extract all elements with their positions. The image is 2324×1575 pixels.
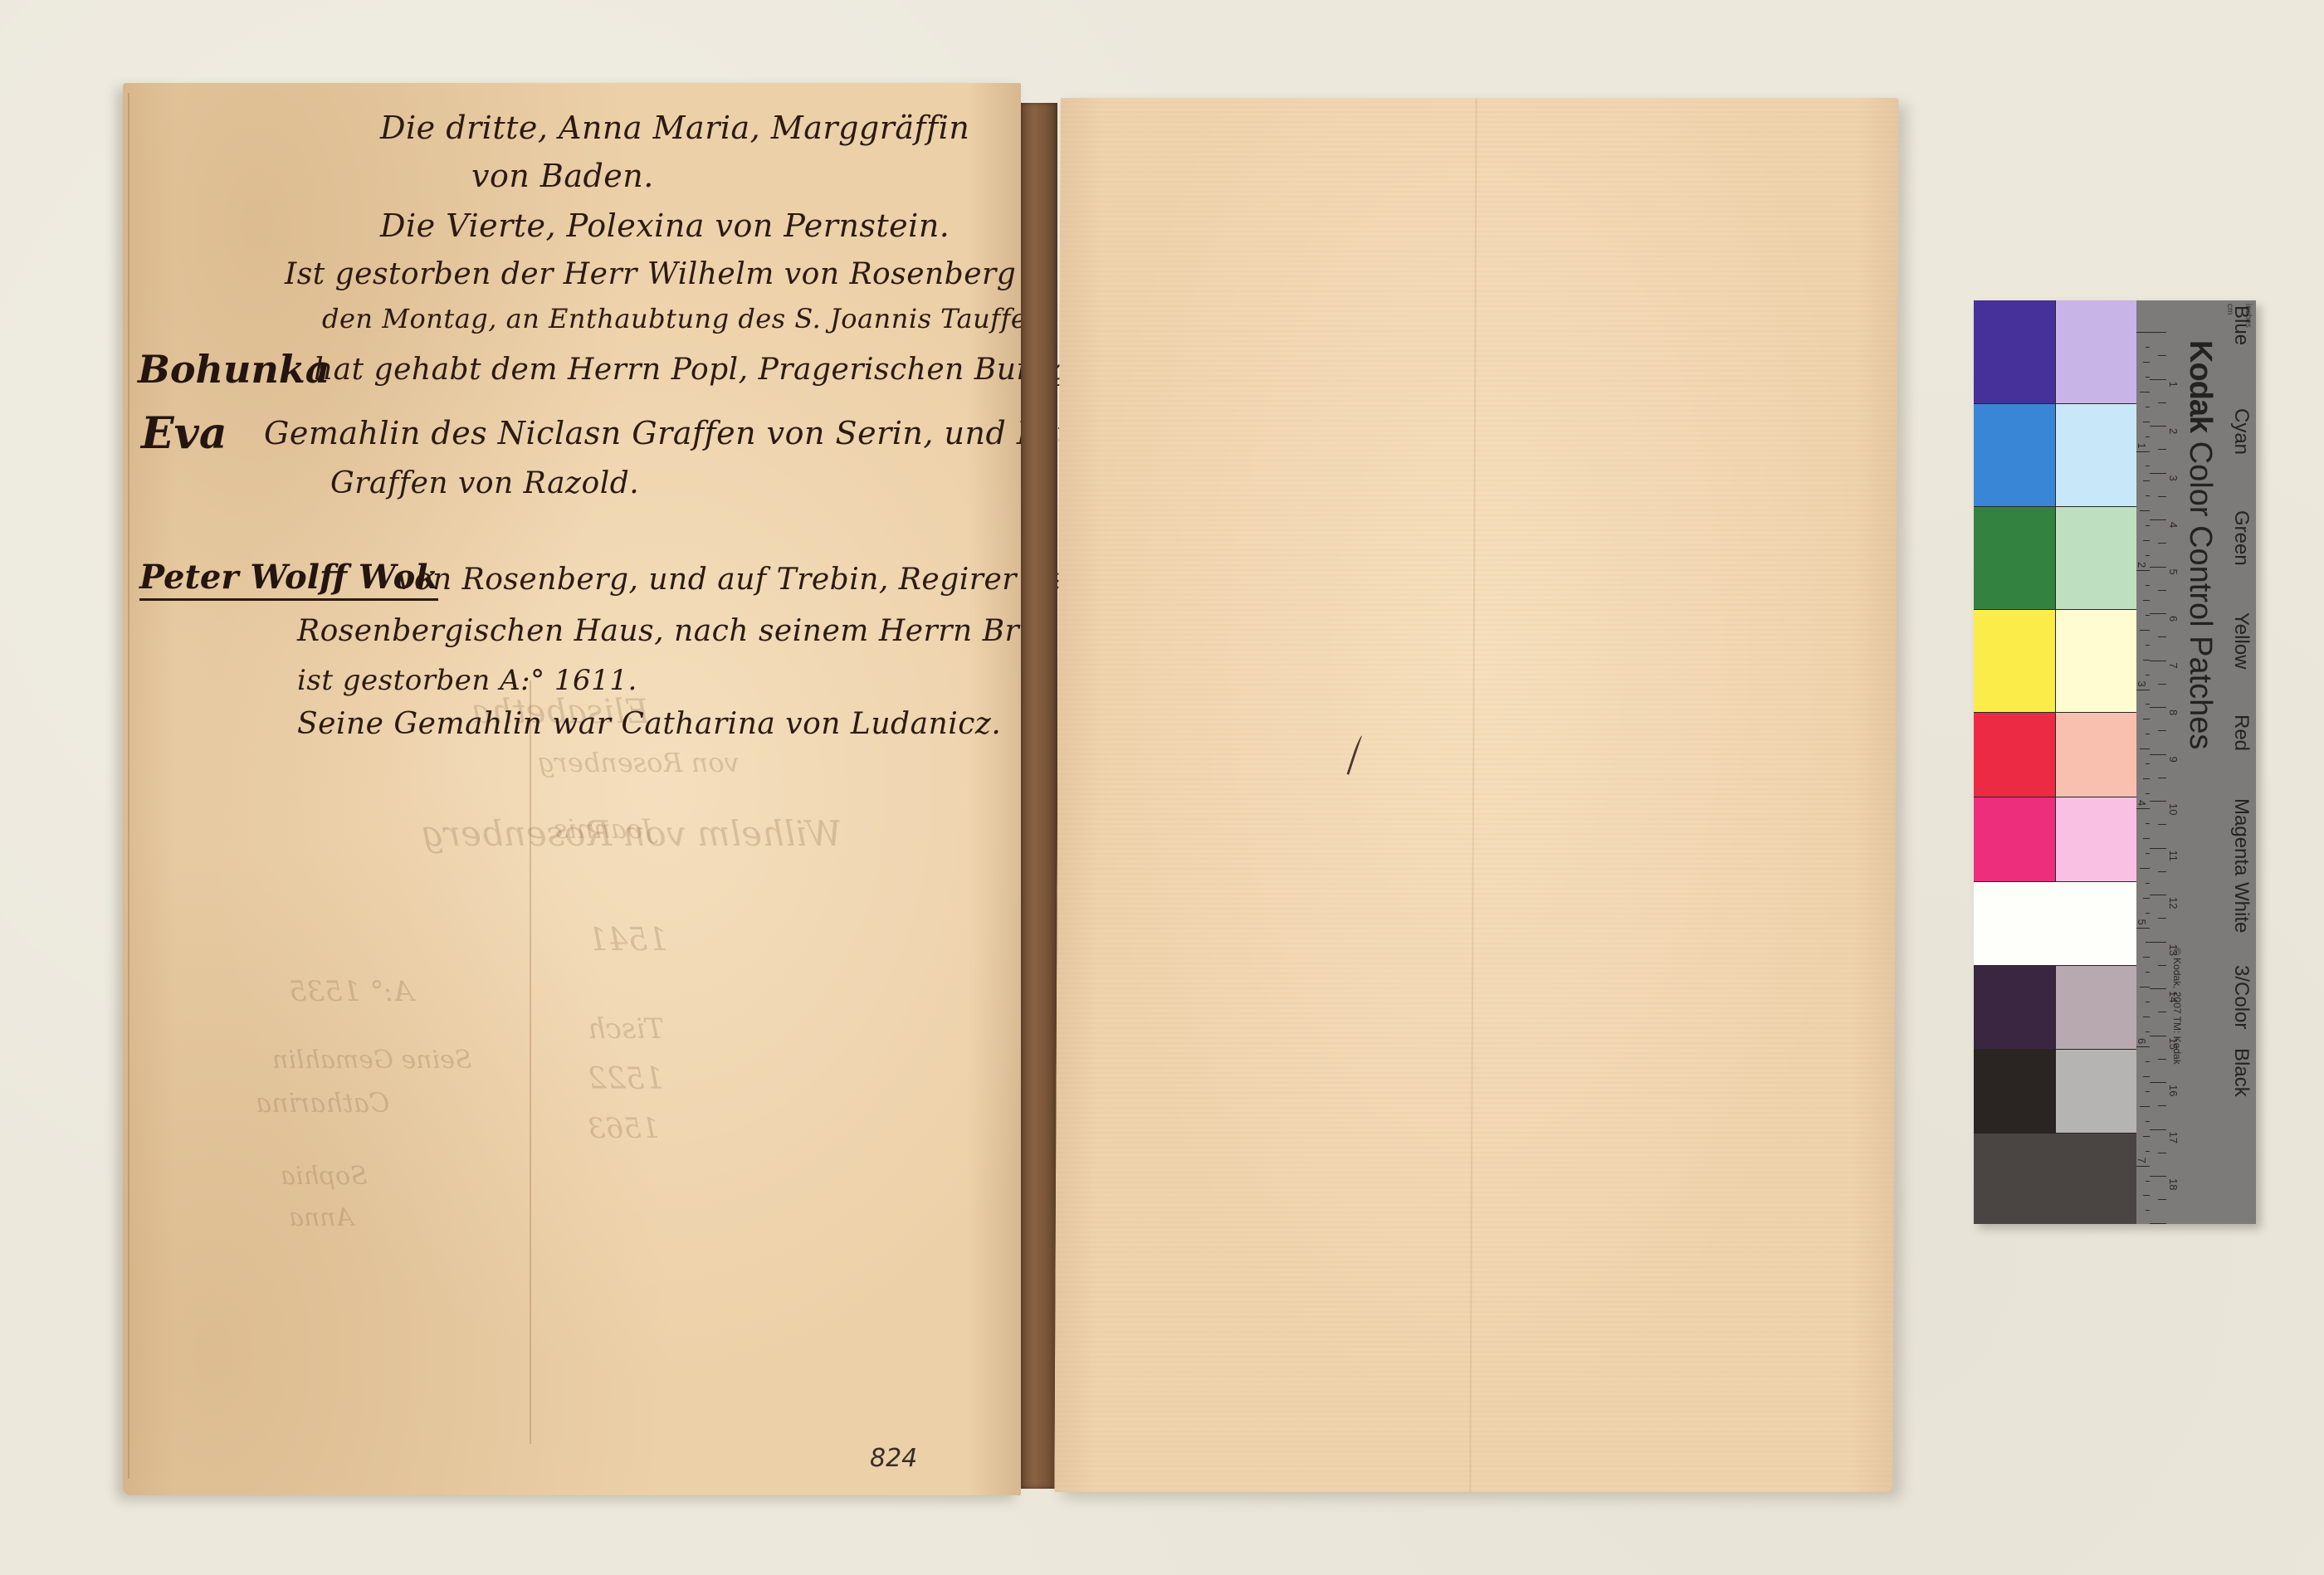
cm-tick — [2150, 1082, 2166, 1083]
cm-tick — [2150, 379, 2166, 380]
inch-tick — [2143, 898, 2150, 899]
inch-tick — [2146, 913, 2150, 914]
patch-label: Yellow — [2229, 612, 2253, 670]
right-page-blank — [1054, 98, 1898, 1492]
bleed-through-text: 1563 — [588, 1112, 660, 1145]
inch-tick — [2143, 600, 2150, 601]
inch-tick — [2136, 1046, 2150, 1047]
bleed-through-text: Catharina — [256, 1087, 389, 1119]
inch-tick — [2143, 540, 2150, 541]
patch-label: Green — [2229, 510, 2253, 566]
cm-tick — [2150, 567, 2166, 568]
inch-tick — [2136, 1166, 2150, 1167]
cm-tick — [2150, 519, 2166, 520]
manuscript-line: von Baden. — [471, 158, 654, 194]
inch-tick — [2136, 928, 2150, 929]
inch-tick — [2140, 748, 2150, 749]
cm-tick — [2150, 1223, 2166, 1224]
color-patch-light — [2056, 1050, 2137, 1133]
patch-label: 3/Color — [2229, 965, 2253, 1029]
inch-tick — [2140, 630, 2150, 631]
inch-tick — [2143, 1076, 2150, 1077]
inch-tick — [2146, 1121, 2150, 1122]
cm-tick — [2150, 1176, 2166, 1177]
inch-tick — [2146, 1031, 2150, 1032]
folio-number: 824 — [870, 1444, 917, 1473]
cm-tick-label: 17 — [2167, 1132, 2180, 1143]
cm-tick — [2158, 871, 2166, 872]
inch-tick — [2146, 645, 2150, 646]
cm-tick — [2150, 988, 2166, 989]
cm-tick — [2150, 707, 2166, 708]
entry-name-bohunka: Bohunka — [138, 347, 330, 392]
patch-row-cyan — [1974, 404, 2136, 507]
cm-tick-label: 12 — [2167, 897, 2180, 909]
cm-tick-label: 7 — [2167, 663, 2180, 669]
cm-tick — [2158, 449, 2166, 450]
inch-tick — [2146, 1151, 2150, 1152]
inch-tick — [2146, 466, 2150, 466]
inch-tick — [2146, 704, 2150, 705]
inch-tick-label: 6 — [2136, 1038, 2148, 1044]
patch-row-yellow — [1974, 610, 2136, 713]
patch-row-magenta — [1974, 797, 2136, 882]
inch-tick — [2146, 972, 2150, 973]
bleed-through-text: von Rosenberg — [538, 747, 740, 778]
color-patch-dark — [1974, 797, 2056, 881]
inch-tick — [2143, 1195, 2150, 1196]
inch-tick — [2143, 1017, 2150, 1017]
brand-subtitle: Color Control Patches — [2183, 441, 2218, 750]
inch-tick — [2146, 495, 2150, 496]
entry-text: Gemahlin des Niclasn Graffen von Serin, … — [264, 415, 1087, 451]
cm-tick-label: 14 — [2167, 991, 2180, 1002]
inch-tick — [2146, 436, 2150, 437]
inch-tick-label: 3 — [2136, 681, 2148, 687]
cm-tick-label: 16 — [2167, 1085, 2180, 1096]
inch-tick — [2136, 570, 2150, 571]
manuscript-line: Die dritte, Anna Maria, Marggräffin — [380, 110, 969, 146]
document-scan: Elisabetha Wilhelm von Rosenberg A:° 153… — [0, 0, 2324, 1575]
inch-tick-label: 2 — [2136, 562, 2148, 568]
inch-tick — [2143, 778, 2150, 779]
inch-tick — [2143, 719, 2150, 719]
kodak-brand-title: Kodak Color Control Patches — [2182, 340, 2218, 749]
patch-label: Blue — [2229, 305, 2253, 345]
cm-tick — [2150, 801, 2166, 802]
inch-tick — [2143, 957, 2150, 958]
inch-tick — [2146, 823, 2150, 824]
color-patch-light — [2056, 713, 2137, 797]
cm-tick — [2150, 613, 2166, 614]
cm-tick — [2150, 942, 2166, 943]
cm-tick — [2150, 848, 2166, 849]
cm-tick — [2150, 426, 2166, 427]
inch-tick — [2140, 1106, 2150, 1107]
inch-tick — [2136, 690, 2150, 690]
cm-tick — [2158, 1105, 2166, 1106]
inch-tick — [2146, 942, 2150, 943]
entry-text-continuation: Rosenbergischen Haus, nach seinem Herrn … — [297, 614, 1121, 648]
inch-tick — [2136, 451, 2150, 452]
inch-tick — [2143, 362, 2150, 363]
cm-tick — [2150, 1129, 2166, 1130]
inch-tick-label: 5 — [2136, 919, 2148, 925]
inch-tick — [2140, 510, 2150, 511]
inch-tick — [2146, 1181, 2150, 1182]
inch-tick — [2146, 675, 2150, 675]
cm-tick-label: 2 — [2167, 428, 2180, 434]
patch-row-white — [1974, 882, 2136, 966]
inch-tick — [2146, 883, 2150, 884]
inch-tick — [2143, 422, 2150, 422]
bleed-through-text: Joannis — [554, 813, 653, 845]
inch-tick — [2146, 1002, 2150, 1002]
cm-tick-label: 8 — [2167, 709, 2180, 715]
patch-label: White — [2229, 882, 2253, 933]
patch-label: Magenta — [2229, 798, 2253, 875]
inch-tick — [2146, 407, 2150, 407]
cm-tick — [2158, 824, 2166, 825]
inch-tick — [2146, 1061, 2150, 1062]
entry-text-continuation: Seine Gemahlin war Catharina von Ludanic… — [297, 707, 1001, 741]
inch-tick — [2146, 585, 2150, 586]
cm-tick-label: 3 — [2167, 475, 2180, 481]
cm-tick-label: 9 — [2167, 757, 2180, 763]
cm-tick — [2150, 754, 2166, 755]
book-binding — [1021, 103, 1057, 1489]
cm-tick — [2150, 661, 2166, 661]
bleed-through-text: Anna — [289, 1203, 354, 1232]
cm-tick — [2158, 1153, 2166, 1153]
color-patch-light — [2056, 404, 2137, 506]
color-patch-light — [2056, 610, 2137, 712]
entry-text: von Rosenberg, und auf Trebin, Regirer d… — [397, 563, 1080, 597]
color-patch-dark — [1974, 610, 2056, 712]
bleed-through-text: Wilhelm von Rosenberg — [422, 813, 842, 854]
cm-tick-label: 13 — [2167, 944, 2180, 956]
inch-tick — [2146, 1210, 2150, 1211]
bleed-through-rule — [530, 680, 531, 1444]
cm-tick — [2158, 355, 2166, 356]
color-patch-light — [2056, 797, 2137, 881]
cm-tick-label: 10 — [2167, 803, 2180, 815]
inch-tick — [2140, 987, 2150, 987]
cm-tick — [2150, 1036, 2166, 1036]
inch-tick — [2146, 734, 2150, 734]
color-patch-dark — [1974, 507, 2056, 609]
cm-tick — [2158, 730, 2166, 731]
cm-tick — [2150, 332, 2166, 333]
inch-tick — [2146, 525, 2150, 526]
inch-tick — [2136, 332, 2150, 333]
patch-row-red — [1974, 713, 2136, 797]
color-patch-light — [2056, 966, 2137, 1049]
kodak-color-control-strip: Kodak Color Control Patches © Kodak, 200… — [1974, 300, 2256, 1224]
ruler-scale: Kodak Color Control Patches © Kodak, 200… — [2136, 300, 2256, 1224]
cm-tick — [2158, 590, 2166, 591]
cm-tick-label: 1 — [2167, 382, 2180, 388]
inch-tick — [2143, 660, 2150, 661]
inch-tick-label: 7 — [2136, 1158, 2148, 1163]
ruler-rotated-content: Kodak Color Control Patches © Kodak, 200… — [2136, 300, 2256, 1224]
left-page: Elisabetha Wilhelm von Rosenberg A:° 153… — [123, 83, 1021, 1495]
patch-row-green — [1974, 507, 2136, 610]
cm-tick — [2158, 918, 2166, 919]
bleed-through-text: Tisch — [588, 1012, 664, 1046]
inch-tick — [2143, 838, 2150, 839]
cm-tick — [2158, 402, 2166, 403]
inch-tick — [2146, 853, 2150, 854]
cm-tick — [2158, 1059, 2166, 1060]
color-patch-light — [2056, 300, 2137, 403]
cm-tick — [2158, 965, 2166, 966]
entry-text-continuation: Graffen von Razold. — [330, 466, 639, 500]
inch-tick — [2143, 480, 2150, 481]
color-patch-dark — [1974, 300, 2056, 403]
brand-name: Kodak — [2183, 340, 2218, 432]
color-patch-dark — [1974, 1050, 2056, 1133]
cm-tick — [2158, 543, 2166, 544]
cm-tick-label: 5 — [2167, 569, 2180, 575]
patch-label: Cyan — [2229, 408, 2253, 455]
inch-tick — [2146, 615, 2150, 616]
patch-row-blue — [1974, 300, 2136, 404]
cm-tick-label: 18 — [2167, 1178, 2180, 1190]
inch-tick — [2146, 1091, 2150, 1092]
cm-tick — [2150, 895, 2166, 895]
inch-tick — [2140, 868, 2150, 869]
patch-label: Black — [2229, 1048, 2253, 1097]
cm-tick — [2150, 473, 2166, 474]
cm-tick — [2158, 636, 2166, 637]
cm-tick-label: 11 — [2167, 851, 2180, 862]
inch-tick — [2146, 793, 2150, 794]
cm-tick-label: 4 — [2167, 522, 2180, 528]
inch-tick — [2146, 763, 2150, 764]
cm-tick-label: 6 — [2167, 616, 2180, 622]
bleed-through-text: A:° 1535 — [289, 975, 413, 1008]
bleed-through-text: 1522 — [588, 1062, 664, 1096]
patch-label: Red — [2229, 714, 2253, 751]
bleed-through-text: Sophia — [281, 1162, 368, 1191]
inch-tick-label: 1 — [2136, 443, 2148, 449]
cm-tick — [2158, 1012, 2166, 1012]
entry-text-continuation: ist gestorben A:° 1611. — [297, 664, 637, 697]
color-patch-dark — [1974, 713, 2056, 797]
bleed-through-text: 1541 — [588, 921, 668, 958]
cm-tick — [2158, 1199, 2166, 1200]
inch-tick — [2146, 555, 2150, 556]
color-patch-column — [1974, 300, 2136, 1224]
cm-tick-label: 15 — [2167, 1038, 2180, 1050]
color-patch-white — [1974, 882, 2136, 965]
cm-tick — [2158, 778, 2166, 778]
inch-tick — [2143, 1136, 2150, 1137]
inch-tick — [2146, 377, 2150, 378]
manuscript-line: Die Vierte, Polexina von Pernstein. — [380, 207, 950, 244]
cm-tick — [2158, 684, 2166, 685]
inch-tick — [2136, 808, 2150, 809]
bleed-through-text: Seine Gemahlin — [272, 1046, 471, 1075]
entry-name-eva: Eva — [141, 408, 227, 459]
color-patch-light — [2056, 507, 2137, 609]
inch-tick — [2140, 392, 2150, 393]
inch-tick-label: 4 — [2136, 800, 2148, 806]
inch-tick — [2146, 347, 2150, 348]
paper-fold-line — [1469, 98, 1477, 1492]
patch-row-3-color — [1974, 966, 2136, 1050]
color-patch-dark — [1974, 404, 2056, 506]
entry-name-peter-wolff-wok: Peter Wolff Wok — [139, 558, 438, 601]
patch-row-black — [1974, 1050, 2136, 1134]
cm-tick — [2158, 496, 2166, 497]
manuscript-line: den Montag, an Enthaubtung des S. Joanni… — [322, 303, 1046, 334]
color-patch-dark — [1974, 966, 2056, 1049]
